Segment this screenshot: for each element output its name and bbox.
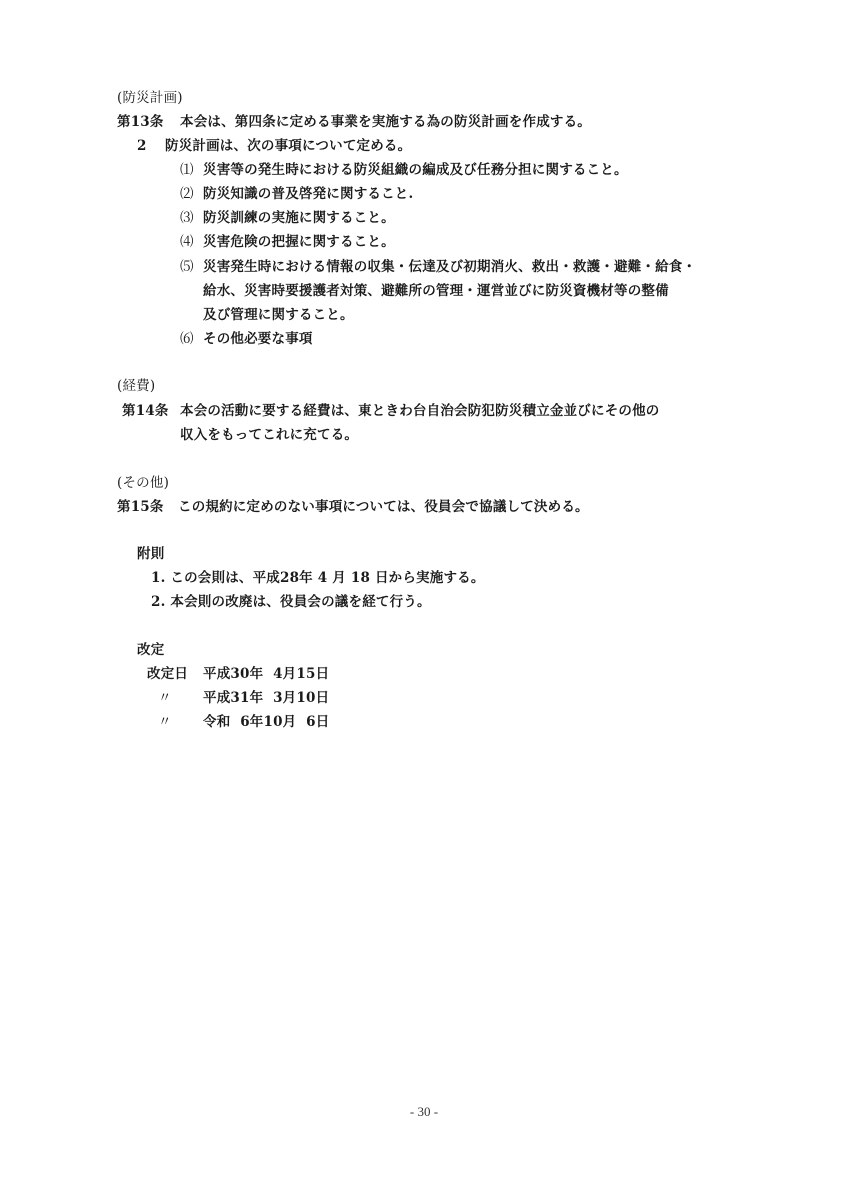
- document-page: (防災計画) 第13条 本会は、第四条に定める事業を実施する為の防災計画を作成す…: [0, 0, 848, 1200]
- article14-continuation: 収入をもってこれに充てる。: [180, 426, 358, 444]
- ditto-mark-2: 〃: [158, 713, 172, 731]
- article15-text: この規約に定めのない事項については、役員会で協議して決める。: [178, 498, 589, 516]
- article13-number: 第13条: [117, 113, 164, 131]
- item-6-text: その他必要な事項: [203, 330, 313, 348]
- item-2-text: 防災知識の普及啓発に関すること.: [203, 185, 413, 203]
- revision-date-3: 令和 6年10月 6日: [203, 713, 329, 731]
- revision-date-1: 平成30年 4月15日: [203, 665, 329, 683]
- supplementary-item-1: 1. この会則は、平成28年 4 月 18 日から実施する。: [151, 569, 485, 587]
- item-5-text: 災害発生時における情報の収集・伝達及び初期消火、救出・救護・避難・給食・: [203, 258, 696, 276]
- supplementary-heading: 附則: [137, 545, 164, 563]
- item-6-number: ⑹: [180, 330, 194, 348]
- article15-number: 第15条: [117, 498, 164, 516]
- item-5-number: ⑸: [180, 258, 194, 276]
- article14-heading: (経費): [117, 377, 155, 395]
- article13-heading: (防災計画): [117, 89, 183, 107]
- article13-para2-number: 2: [137, 137, 147, 155]
- item-4-text: 災害危険の把握に関すること。: [203, 233, 395, 251]
- item-2-number: ⑵: [180, 185, 194, 203]
- item-5-continuation-1: 給水、災害時要援護者対策、避難所の管理・運営並びに防災資機材等の整備: [203, 282, 669, 300]
- revision-date-label: 改定日: [147, 665, 188, 683]
- article14-text: 本会の活動に要する経費は、東ときわ台自治会防犯防災積立金並びにその他の: [180, 402, 660, 420]
- revision-date-2: 平成31年 3月10日: [203, 689, 329, 707]
- item-3-text: 防災訓練の実施に関すること。: [203, 209, 395, 227]
- revisions-heading: 改定: [137, 641, 164, 659]
- article14-number: 第14条: [122, 402, 169, 420]
- item-5-continuation-2: 及び管理に関すること。: [203, 306, 354, 324]
- ditto-mark-1: 〃: [158, 689, 172, 707]
- article15-heading: (その他): [117, 474, 169, 492]
- item-1-number: ⑴: [180, 161, 194, 179]
- item-3-number: ⑶: [180, 209, 194, 227]
- supplementary-item-2: 2. 本会則の改廃は、役員会の議を経て行う。: [151, 593, 431, 611]
- item-1-text: 災害等の発生時における防災組織の編成及び任務分担に関すること。: [203, 161, 628, 179]
- item-4-number: ⑷: [180, 233, 194, 251]
- article13-para2-text: 防災計画は、次の事項について定める。: [165, 137, 411, 155]
- page-number: - 30 -: [0, 1104, 848, 1120]
- article13-text: 本会は、第四条に定める事業を実施する為の防災計画を作成する。: [180, 113, 591, 131]
